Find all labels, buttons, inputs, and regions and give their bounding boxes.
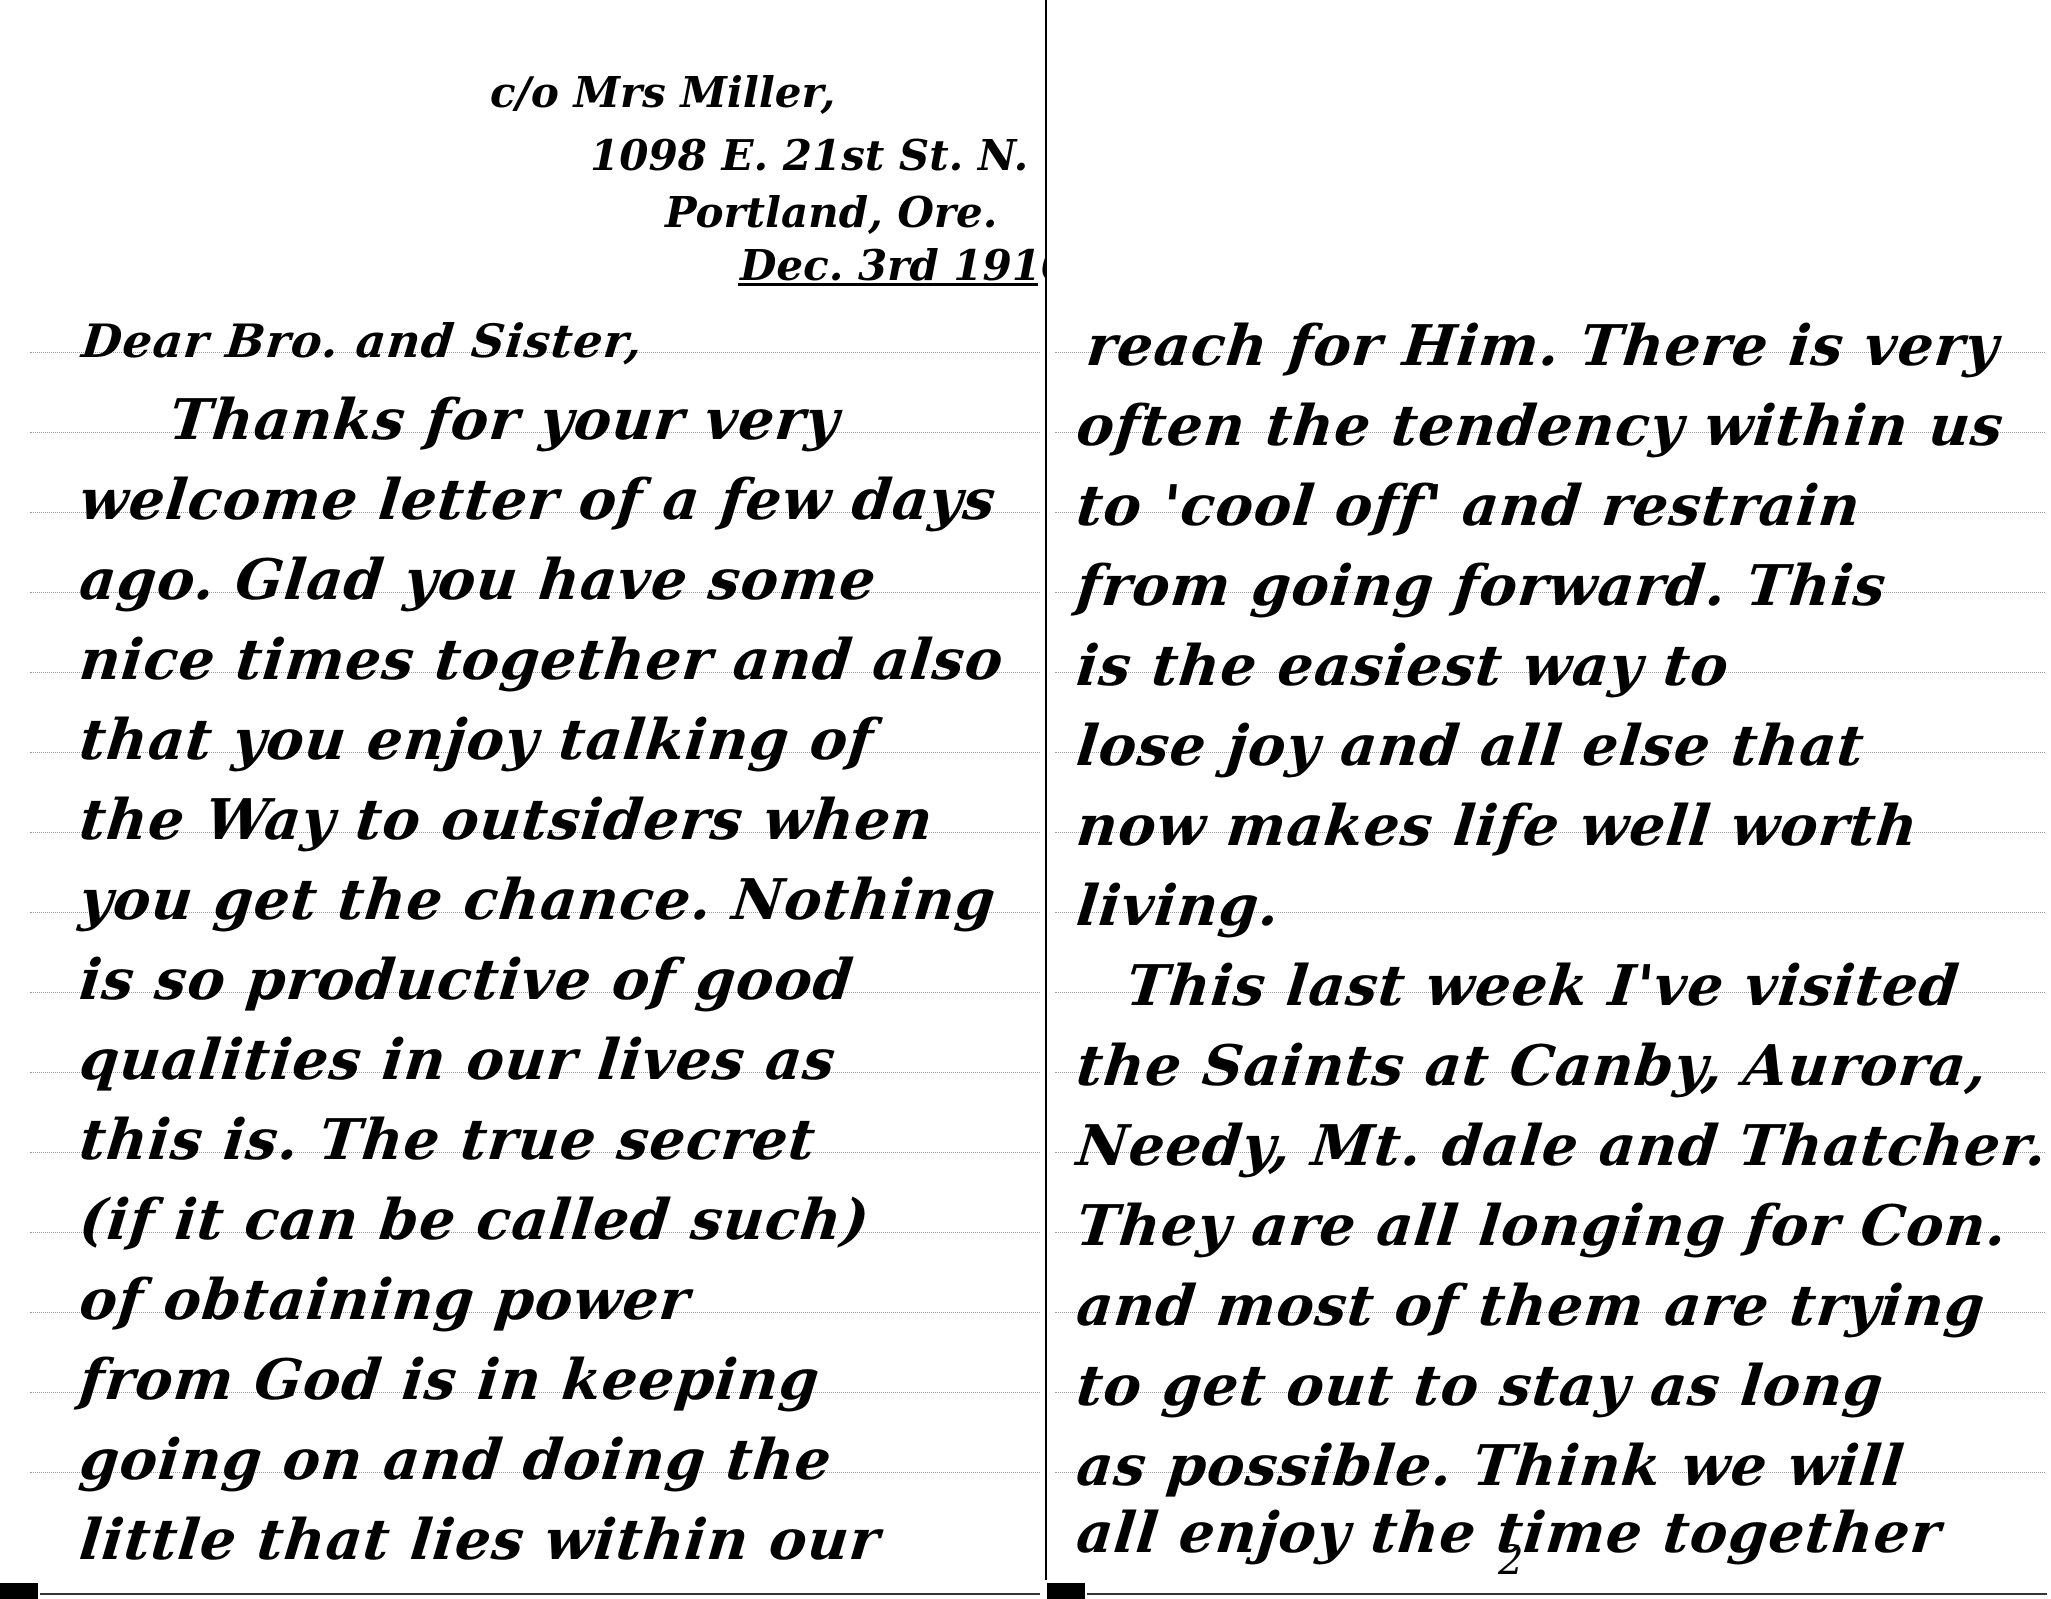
letter-line: you get the chance. Nothing (77, 872, 999, 928)
letter-line: this is. The true secret (77, 1112, 819, 1168)
letter-line: This last week I've visited (1124, 958, 1962, 1014)
scan-corner-marker (0, 1583, 38, 1599)
letter-line: is the easiest way to (1074, 638, 1732, 694)
address-line-street: 1098 E. 21st St. N. (590, 135, 1028, 177)
letter-line: often the tendency within us (1074, 398, 2006, 454)
letter-line: the Way to outsiders when (77, 792, 936, 848)
letter-line: to 'cool off' and restrain (1074, 478, 1863, 534)
letter-line: as possible. Think we will (1074, 1438, 1907, 1494)
letter-line: is so productive of good (77, 952, 856, 1008)
page-bottom-edge (40, 1593, 1040, 1595)
letter-line: from God is in keeping (77, 1352, 823, 1408)
page-number: 2 (1498, 1538, 1523, 1584)
scan-corner-marker (1047, 1583, 1085, 1599)
letter-line: They are all longing for Con. (1074, 1198, 2010, 1254)
letter-line: living. (1074, 878, 1283, 934)
salutation: Dear Bro. and Sister, (80, 318, 646, 364)
letter-date: Dec. 3rd 1910. (740, 245, 1085, 287)
letter-line: to get out to stay as long (1074, 1358, 1886, 1414)
letter-line: Needy, Mt. dale and Thatcher. (1074, 1118, 2050, 1174)
page-bottom-edge (1087, 1593, 2047, 1595)
letter-line: Thanks for your very (167, 392, 842, 448)
letter-line: now makes life well worth (1074, 798, 1921, 854)
date-underline (738, 283, 1038, 286)
letter-line: that you enjoy talking of (77, 712, 877, 768)
letter-line: qualities in our lives as (77, 1032, 838, 1088)
letter-line: of obtaining power (77, 1272, 693, 1328)
letter-line: little that lies within our (77, 1512, 883, 1568)
left-page: c/o Mrs Miller, 1098 E. 21st St. N. Port… (0, 0, 1045, 1599)
letter-line: welcome letter of a few days (77, 472, 999, 528)
letter-line: going on and doing the (77, 1432, 835, 1488)
letter-line: lose joy and all else that (1074, 718, 1867, 774)
letter-line: the Saints at Canby, Aurora, (1074, 1038, 1990, 1094)
right-page: reach for Him. There is very often the t… (1047, 0, 2051, 1599)
letter-line: and most of them are trying (1074, 1278, 1988, 1334)
letter-line: (if it can be called such) (77, 1192, 873, 1248)
letter-line: from going forward. This (1074, 558, 1889, 614)
letter-line: nice times together and also (77, 632, 1006, 688)
letter-line: ago. Glad you have some (77, 552, 879, 608)
address-line-city: Portland, Ore. (665, 192, 997, 234)
letter-line: reach for Him. There is very (1084, 318, 2002, 374)
address-line-care-of: c/o Mrs Miller, (490, 72, 835, 114)
